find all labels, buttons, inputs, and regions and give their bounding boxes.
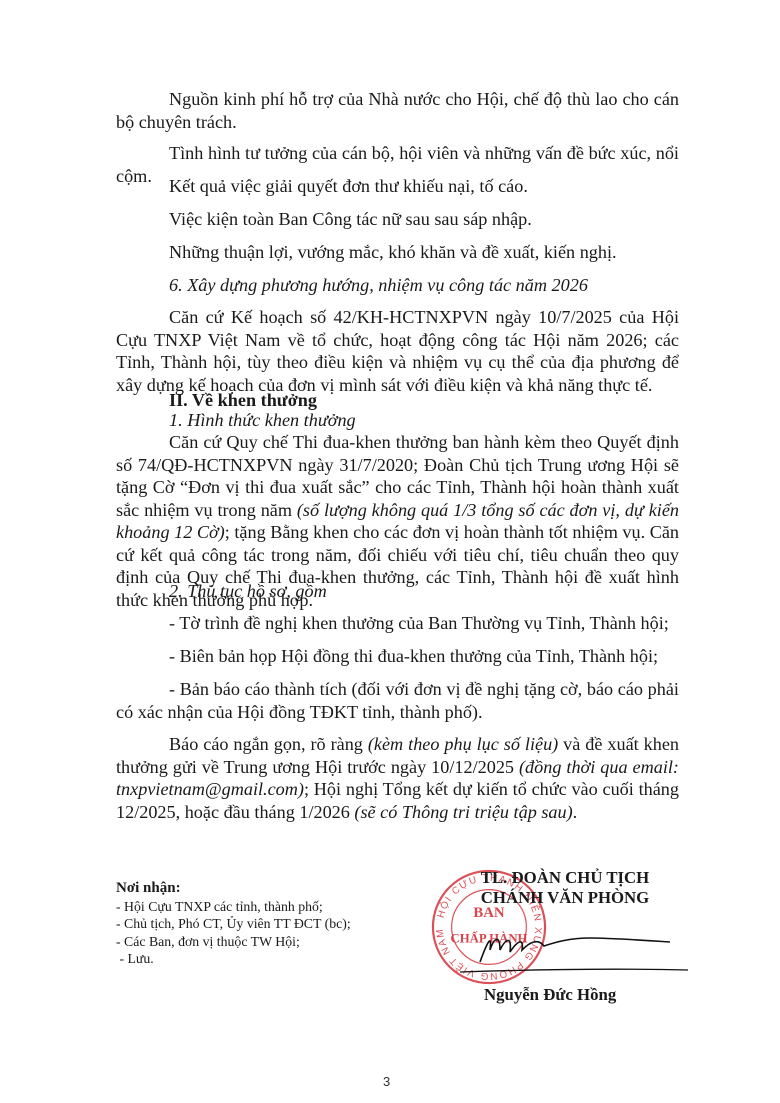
paragraph-deadline: Báo cáo ngắn gọn, rõ ràng (kèm theo phụ … xyxy=(116,733,679,823)
recipient-item: - Hội Cựu TNXP các tỉnh, thành phố; xyxy=(116,898,351,916)
paragraph-complaints: Kết quả việc giải quyết đơn thư khiếu nạ… xyxy=(116,175,679,198)
handwritten-signature-icon xyxy=(460,920,690,980)
paragraph-plan-2026: Căn cứ Kế hoạch số 42/KH-HCTNXPVN ngày 1… xyxy=(116,306,679,396)
recipients-title: Nơi nhận: xyxy=(116,880,351,898)
paragraph-difficulties: Những thuận lợi, vướng mắc, khó khăn và … xyxy=(116,241,679,264)
heading-award-forms: 1. Hình thức khen thưởng xyxy=(116,409,679,432)
page-number: 3 xyxy=(383,1074,390,1089)
signature-title-1: TL. ĐOÀN CHỦ TỊCH xyxy=(450,868,680,888)
list-item-achievement-report: - Bản báo cáo thành tích (đối với đơn vị… xyxy=(116,678,679,723)
paragraph-women-committee: Việc kiện toàn Ban Công tác nữ sau sau s… xyxy=(116,208,679,231)
list-item-minutes: - Biên bản họp Hội đồng thi đua-khen thư… xyxy=(116,645,679,668)
recipient-item: - Chủ tịch, Phó CT, Ủy viên TT ĐCT (bc); xyxy=(116,915,351,933)
heading-dossier: 2. Thủ tục hồ sơ, gồm xyxy=(116,580,679,603)
signature-title-2: CHÁNH VĂN PHÒNG xyxy=(450,888,680,908)
recipient-item: - Lưu. xyxy=(116,950,351,968)
list-item-proposal: - Tờ trình đề nghị khen thưởng của Ban T… xyxy=(116,612,679,635)
recipient-item: - Các Ban, đơn vị thuộc TW Hội; xyxy=(116,933,351,951)
paragraph-funding: Nguồn kinh phí hỗ trợ của Nhà nước cho H… xyxy=(116,88,679,133)
signer-name: Nguyễn Đức Hồng xyxy=(484,985,616,1005)
signature-block: TL. ĐOÀN CHỦ TỊCH CHÁNH VĂN PHÒNG xyxy=(450,868,680,908)
heading-section-6: 6. Xây dựng phương hướng, nhiệm vụ công … xyxy=(116,274,679,297)
document-page: Nguồn kinh phí hỗ trợ của Nhà nước cho H… xyxy=(0,0,780,1103)
recipients-block: Nơi nhận: - Hội Cựu TNXP các tỉnh, thành… xyxy=(116,880,351,968)
